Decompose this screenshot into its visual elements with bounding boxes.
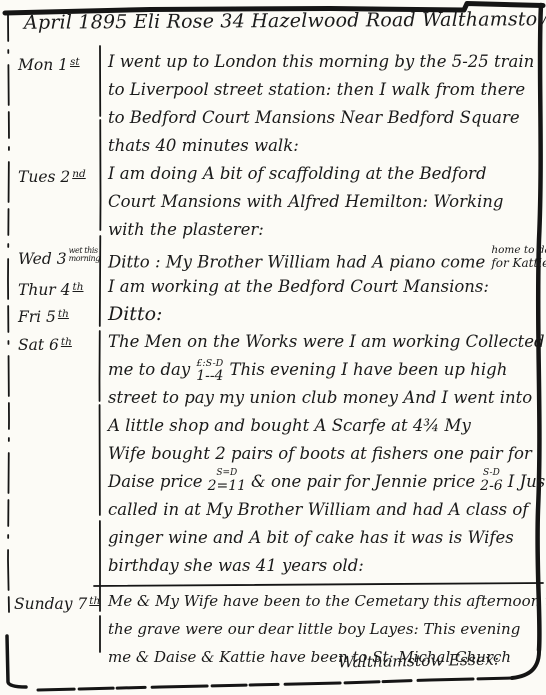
entry-line: Court Mansions with Alfred Hemilton: Wor… — [108, 188, 546, 216]
day-text: Sunday 7 — [14, 595, 87, 613]
price-notation-jennie: S-D2-6 — [480, 469, 503, 493]
insert-bottom-text: for Kattie — [491, 257, 546, 269]
entry-text: Ditto : My Brother William had A piano c… — [100, 245, 546, 273]
money-notation: £:S-D1--4 — [196, 359, 223, 384]
price-units-label: S=D — [208, 469, 246, 478]
entry-wed-3rd: Wed 3wet this morning Ditto : My Brother… — [0, 245, 546, 273]
day-text: Wed 3 — [18, 250, 67, 268]
day-suffix: nd — [72, 168, 85, 180]
entry-line: Wife bought 2 pairs of boots at fishers … — [108, 440, 546, 468]
day-suffix: th — [58, 308, 69, 320]
entry-line-text: This evening I have been up high — [229, 360, 507, 379]
entry-line: street to pay my union club money And I … — [108, 384, 546, 412]
price-amount: 2=11 — [208, 479, 246, 493]
entry-mon-1st: Mon 1st I went up to London this morning… — [0, 48, 546, 160]
day-suffix: th — [61, 336, 72, 348]
entry-text: The Men on the Works were I am working C… — [100, 328, 546, 580]
entry-text: Ditto: — [100, 300, 546, 331]
entry-line: called in at My Brother William and had … — [108, 496, 546, 524]
day-suffix: st — [70, 56, 80, 68]
border-bottom-line — [38, 678, 512, 690]
entry-line-text: Ditto : My Brother William had A piano c… — [108, 253, 485, 272]
day-suffix: th — [89, 595, 100, 607]
entry-line: Me & My Wife have been to the Cemetary t… — [108, 587, 546, 615]
money-amount: 1--4 — [196, 369, 223, 383]
entry-line: thats 40 minutes walk: — [108, 132, 546, 160]
entry-text: I am doing A bit of scaffolding at the B… — [100, 160, 546, 244]
day-text: Tues 2 — [18, 168, 70, 186]
entry-line-text: & one pair for Jennie price — [251, 472, 475, 491]
day-label: Fri 5th — [0, 300, 100, 331]
day-text: Sat 6 — [18, 336, 59, 354]
price-notation-daise: S=D2=11 — [208, 469, 246, 493]
signoff-location: Walthamstow Essex: — [338, 651, 499, 672]
entry-line: to Liverpool street station: then I walk… — [108, 76, 546, 104]
entry-line: birthday she was 41 years old: — [108, 552, 546, 580]
money-units-label: £:S-D — [196, 359, 223, 369]
entry-sat-6th: Sat 6th The Men on the Works were I am w… — [0, 328, 546, 580]
day-label: Tues 2nd — [0, 160, 100, 244]
entry-line-text: I Just — [508, 472, 546, 491]
entry-line: the grave were our dear little boy Layes… — [108, 615, 546, 643]
entry-line: I am doing A bit of scaffolding at the B… — [108, 160, 546, 188]
day-label: Wed 3wet this morning — [0, 245, 100, 273]
entry-fri-5th: Fri 5th Ditto: — [0, 300, 546, 331]
entry-line: me to day£:S-D1--4This evening I have be… — [108, 356, 546, 384]
day-text: Thur 4 — [18, 281, 71, 299]
entry-line: I am working at the Bedford Court Mansio… — [108, 273, 546, 301]
day-text: Fri 5 — [18, 308, 56, 326]
page-header: April 1895 Eli Rose 34 Hazelwood Road Wa… — [24, 8, 540, 34]
price-amount: 2-6 — [480, 479, 503, 493]
day-label: Sunday 7th — [0, 587, 100, 671]
day-label: Sat 6th — [0, 328, 100, 580]
diary-page: April 1895 Eli Rose 34 Hazelwood Road Wa… — [0, 0, 546, 695]
entry-line: with the plasterer: — [108, 216, 546, 244]
entry-text: I went up to London this morning by the … — [100, 48, 546, 160]
entry-line: A little shop and bought A Scarfe at 4¾ … — [108, 412, 546, 440]
entry-line: I went up to London this morning by the … — [108, 48, 546, 76]
entry-line: Ditto: — [108, 300, 546, 328]
interlinear-insert: home to dayfor Kattie — [491, 245, 546, 269]
day-suffix: th — [73, 281, 84, 293]
price-units-label: S-D — [480, 469, 503, 478]
entry-line: The Men on the Works were I am working C… — [108, 328, 546, 356]
entry-line-text: Daise price — [108, 472, 203, 491]
entry-line: ginger wine and A bit of cake has it was… — [108, 524, 546, 552]
insert-top-text: home to day — [491, 245, 546, 256]
entry-line: to Bedford Court Mansions Near Bedford S… — [108, 104, 546, 132]
day-label: Mon 1st — [0, 48, 100, 160]
entry-line-text: me to day — [108, 360, 190, 379]
day-text: Mon 1 — [18, 56, 68, 74]
entry-line: Ditto : My Brother William had A piano c… — [108, 245, 546, 273]
entry-divider-rule — [94, 583, 543, 586]
entry-line: Daise priceS=D2=11& one pair for Jennie … — [108, 468, 546, 496]
entry-tues-2nd: Tues 2nd I am doing A bit of scaffolding… — [0, 160, 546, 244]
